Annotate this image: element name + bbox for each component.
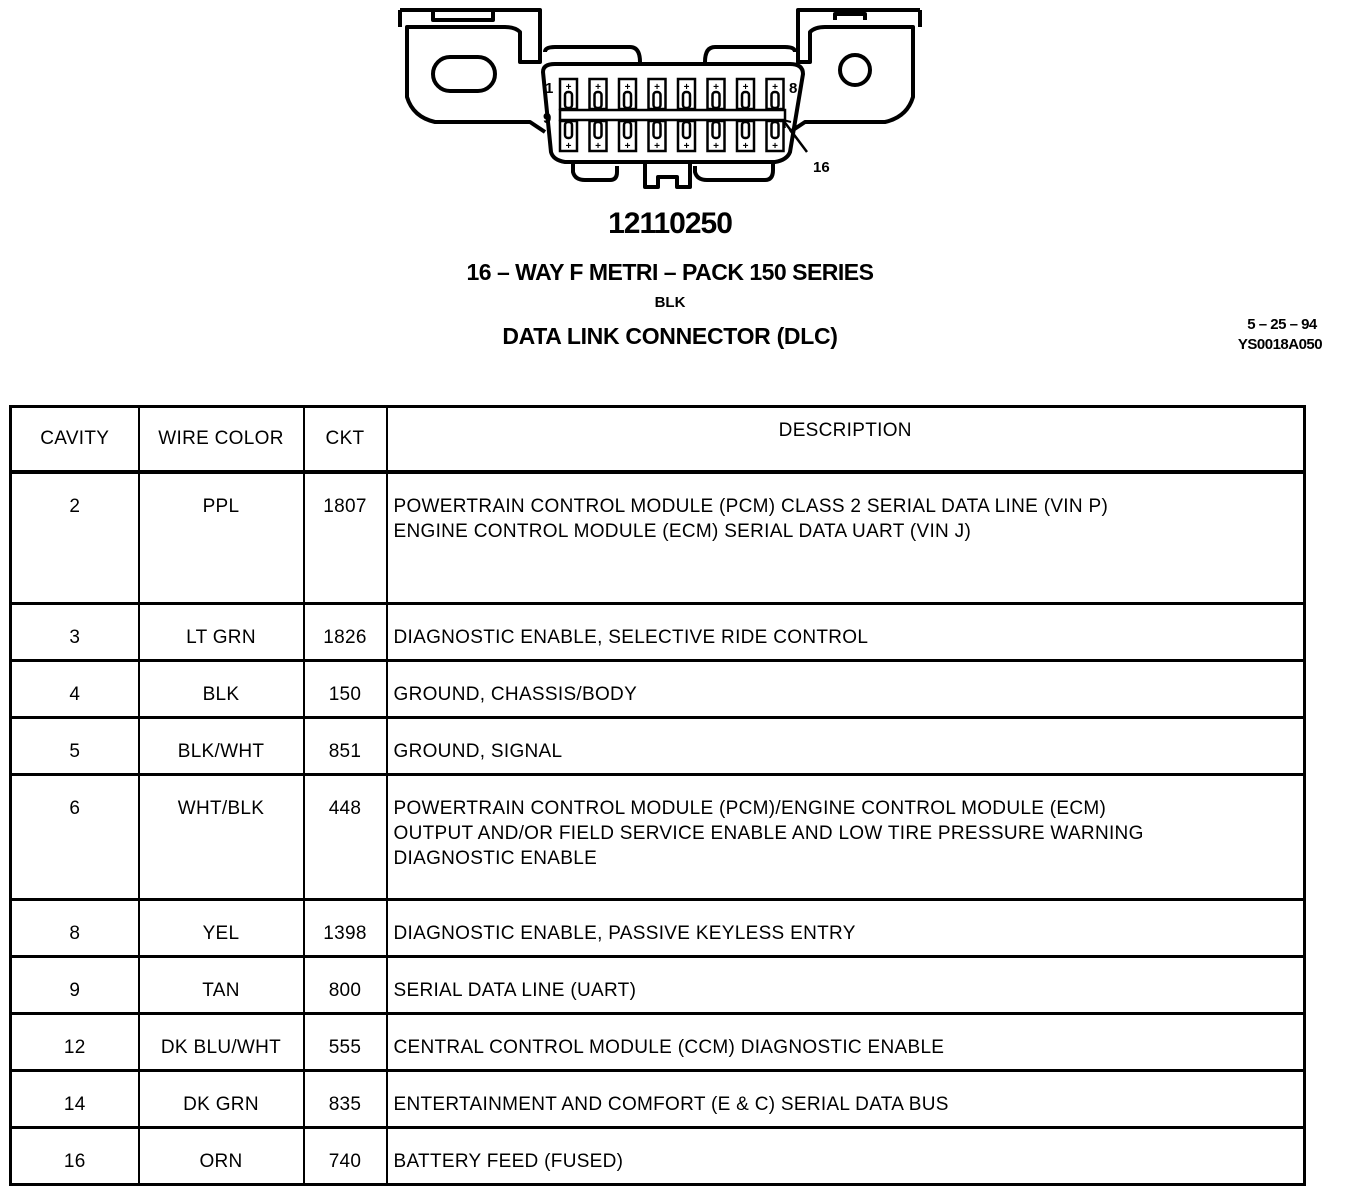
description-line: SERIAL DATA LINE (UART) (394, 978, 1304, 1003)
description-line: DIAGNOSTIC ENABLE, PASSIVE KEYLESS ENTRY (394, 921, 1304, 946)
svg-text:+: + (743, 141, 749, 152)
table-row: 6WHT/BLK448POWERTRAIN CONTROL MODULE (PC… (11, 774, 1305, 899)
cell-cavity: 12 (11, 1013, 139, 1070)
cell-ckt: 835 (304, 1070, 387, 1127)
cell-wire-color: TAN (139, 956, 304, 1013)
description-line: DIAGNOSTIC ENABLE (394, 846, 1304, 871)
cell-wire-color: BLK/WHT (139, 717, 304, 774)
cell-description: POWERTRAIN CONTROL MODULE (PCM)/ENGINE C… (387, 774, 1305, 899)
svg-text:+: + (713, 141, 719, 152)
cell-wire-color: PPL (139, 472, 304, 603)
cell-cavity: 5 (11, 717, 139, 774)
cell-wire-color: YEL (139, 899, 304, 956)
svg-text:+: + (743, 82, 749, 93)
description-line: ENGINE CONTROL MODULE (ECM) SERIAL DATA … (394, 519, 1304, 544)
svg-text:+: + (566, 82, 572, 93)
cell-ckt: 1398 (304, 899, 387, 956)
connector-diagram: ++++++++ ++++++++ 1 8 9 16 (395, 2, 925, 197)
cell-cavity: 2 (11, 472, 139, 603)
cell-ckt: 851 (304, 717, 387, 774)
cell-ckt: 800 (304, 956, 387, 1013)
cell-description: DIAGNOSTIC ENABLE, PASSIVE KEYLESS ENTRY (387, 899, 1305, 956)
description-line: GROUND, CHASSIS/BODY (394, 682, 1304, 707)
cell-wire-color: ORN (139, 1127, 304, 1184)
table-row: 3LT GRN1826DIAGNOSTIC ENABLE, SELECTIVE … (11, 603, 1305, 660)
table-row: 5BLK/WHT851GROUND, SIGNAL (11, 717, 1305, 774)
description-line: POWERTRAIN CONTROL MODULE (PCM)/ENGINE C… (394, 796, 1304, 821)
cell-description: DIAGNOSTIC ENABLE, SELECTIVE RIDE CONTRO… (387, 603, 1305, 660)
cell-description: GROUND, CHASSIS/BODY (387, 660, 1305, 717)
description-line: BATTERY FEED (FUSED) (394, 1149, 1304, 1174)
svg-text:+: + (625, 82, 631, 93)
description-line: GROUND, SIGNAL (394, 739, 1304, 764)
table-row: 2PPL1807POWERTRAIN CONTROL MODULE (PCM) … (11, 472, 1305, 603)
cell-ckt: 740 (304, 1127, 387, 1184)
cell-description: ENTERTAINMENT AND COMFORT (E & C) SERIAL… (387, 1070, 1305, 1127)
cell-cavity: 8 (11, 899, 139, 956)
svg-text:+: + (684, 141, 690, 152)
right-mounting-hole (840, 55, 870, 85)
cell-cavity: 14 (11, 1070, 139, 1127)
cell-ckt: 555 (304, 1013, 387, 1070)
cell-description: POWERTRAIN CONTROL MODULE (PCM) CLASS 2 … (387, 472, 1305, 603)
svg-text:+: + (654, 82, 660, 93)
figure-code: YS0018A050 (1220, 336, 1340, 353)
svg-text:+: + (654, 141, 660, 152)
pin-label-8: 8 (789, 80, 797, 97)
description-line: ENTERTAINMENT AND COMFORT (E & C) SERIAL… (394, 1092, 1304, 1117)
cell-wire-color: LT GRN (139, 603, 304, 660)
header-description: DESCRIPTION (387, 407, 1305, 473)
description-line: OUTPUT AND/OR FIELD SERVICE ENABLE AND L… (394, 821, 1304, 846)
right-mounting-ear (790, 10, 920, 132)
cell-wire-color: DK BLU/WHT (139, 1013, 304, 1070)
pin-label-1: 1 (545, 80, 553, 97)
table-row: 14DK GRN835ENTERTAINMENT AND COMFORT (E … (11, 1070, 1305, 1127)
cell-description: GROUND, SIGNAL (387, 717, 1305, 774)
cell-cavity: 4 (11, 660, 139, 717)
connector-name: DATA LINK CONNECTOR (DLC) (0, 323, 1340, 350)
cell-wire-color: BLK (139, 660, 304, 717)
cell-cavity: 3 (11, 603, 139, 660)
left-mounting-ear (400, 10, 545, 132)
cell-cavity: 9 (11, 956, 139, 1013)
cell-wire-color: DK GRN (139, 1070, 304, 1127)
table-row: 16ORN740BATTERY FEED (FUSED) (11, 1127, 1305, 1184)
svg-text:+: + (772, 141, 778, 152)
pin-label-9: 9 (543, 110, 551, 127)
description-line: DIAGNOSTIC ENABLE, SELECTIVE RIDE CONTRO… (394, 625, 1304, 650)
revision-date: 5 – 25 – 94 (1222, 316, 1342, 333)
svg-text:+: + (772, 82, 778, 93)
cell-description: CENTRAL CONTROL MODULE (CCM) DIAGNOSTIC … (387, 1013, 1305, 1070)
header-wire-color: WIRE COLOR (139, 407, 304, 473)
svg-text:+: + (625, 141, 631, 152)
cell-description: SERIAL DATA LINE (UART) (387, 956, 1305, 1013)
svg-text:+: + (684, 82, 690, 93)
table-row: 12DK BLU/WHT555CENTRAL CONTROL MODULE (C… (11, 1013, 1305, 1070)
svg-text:+: + (595, 82, 601, 93)
table-row: 9TAN800SERIAL DATA LINE (UART) (11, 956, 1305, 1013)
header-cavity: CAVITY (11, 407, 139, 473)
cell-ckt: 150 (304, 660, 387, 717)
table-row: 4BLK150GROUND, CHASSIS/BODY (11, 660, 1305, 717)
cell-description: BATTERY FEED (FUSED) (387, 1127, 1305, 1184)
cell-wire-color: WHT/BLK (139, 774, 304, 899)
table-row: 8YEL1398DIAGNOSTIC ENABLE, PASSIVE KEYLE… (11, 899, 1305, 956)
cell-ckt: 1826 (304, 603, 387, 660)
description-line: POWERTRAIN CONTROL MODULE (PCM) CLASS 2 … (394, 494, 1304, 519)
connector-series: 16 – WAY F METRI – PACK 150 SERIES (0, 259, 1340, 286)
table-header-row: CAVITY WIRE COLOR CKT DESCRIPTION (11, 407, 1305, 473)
pin-label-16: 16 (813, 159, 830, 176)
svg-text:+: + (566, 141, 572, 152)
connector-color: BLK (0, 294, 1340, 311)
pinout-table: CAVITY WIRE COLOR CKT DESCRIPTION 2PPL18… (9, 405, 1306, 1186)
left-mounting-oval (433, 57, 495, 91)
cell-ckt: 1807 (304, 472, 387, 603)
header-ckt: CKT (304, 407, 387, 473)
part-number: 12110250 (0, 207, 1340, 241)
cell-cavity: 6 (11, 774, 139, 899)
svg-text:+: + (595, 141, 601, 152)
cell-cavity: 16 (11, 1127, 139, 1184)
cell-ckt: 448 (304, 774, 387, 899)
svg-text:+: + (713, 82, 719, 93)
description-line: CENTRAL CONTROL MODULE (CCM) DIAGNOSTIC … (394, 1035, 1304, 1060)
